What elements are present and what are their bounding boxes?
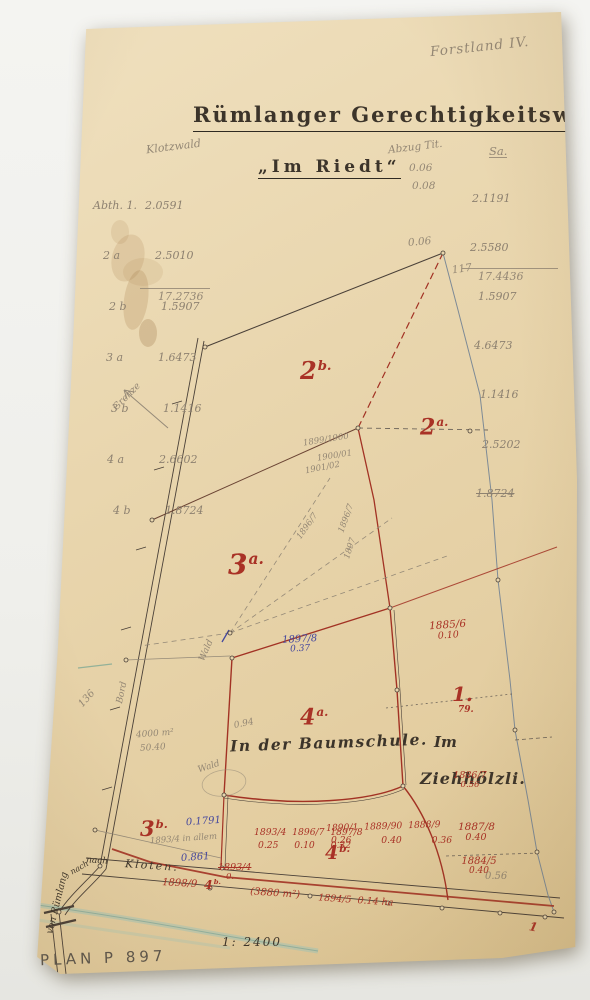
deduction-value: 0.08	[412, 181, 435, 192]
table-row: 4.6473	[474, 340, 521, 355]
page-title: Rümlanger Gerechtigkeitswald	[193, 104, 590, 132]
map-scale: 1: 2400	[222, 936, 282, 949]
left-table-total: 17.2736	[140, 288, 210, 303]
table-row: 3 a1.6473	[106, 352, 204, 368]
pencil-note-5040: 50.40	[140, 743, 166, 754]
table-row: 2 a2.5010	[103, 250, 204, 266]
paper-shadow: Forstland IV. Rümlanger Gerechtigkeitswa…	[0, 0, 590, 1000]
page-subtitle: „Im Riedt“	[258, 158, 401, 179]
parcel-label-4a: 4a.	[300, 706, 328, 730]
paper-sheet: Forstland IV. Rümlanger Gerechtigkeitswa…	[0, 0, 590, 1000]
table-row: 1.8724	[476, 488, 521, 503]
table-row: 2.5580	[470, 242, 521, 257]
scanned-plan: Forstland IV. Rümlanger Gerechtigkeitswa…	[0, 0, 590, 1000]
parcel-label-2b: 2b.	[300, 358, 332, 384]
deduction-value: 0.06	[409, 163, 432, 174]
table-row: Abth. 1.2.0591	[93, 200, 204, 216]
red-note-struck: 1893/40.	[218, 842, 251, 902]
right-pencil-table: 2.1191 2.5580 1.5907 4.6473 1.1416 2.520…	[468, 158, 521, 537]
red-note-zieh-bot: 1884/50.40	[461, 835, 497, 899]
table-row: 2.5202	[482, 439, 521, 454]
parcel-label-3a: 3a.	[228, 550, 264, 580]
parcel-label-1-sub: 79.	[458, 706, 474, 716]
place-name-ziehhoelzli-line1: Im	[434, 734, 457, 750]
red-note-group-b-values: 0.26 0.40 0.36	[331, 836, 452, 846]
table-row: 2.1191	[472, 193, 521, 208]
right-table-total: 17.4436	[462, 268, 558, 283]
pencil-note-apex: 0.06	[408, 236, 432, 249]
right-table-heading-sum: Sa.	[489, 145, 507, 158]
table-row: 4 b1.8724	[113, 505, 204, 521]
plan-number: PLAN P 897	[40, 948, 167, 969]
table-row: 4 a2.6602	[107, 454, 204, 470]
table-row: 2 b1.5907	[109, 301, 204, 317]
red-note-1885: 1885/60.10	[424, 596, 473, 666]
blue-note-0861: 0.861	[181, 852, 210, 865]
table-row: 1.5907	[478, 291, 521, 306]
left-pencil-table: Abth. 1.2.0591 2 a2.5010 2 b1.5907 3 a1.…	[93, 165, 204, 556]
red-note-4b-year: 1898/9	[162, 878, 198, 891]
table-row: 1.1416	[480, 389, 521, 404]
pencil-note-056: 0.56	[485, 872, 507, 883]
parcel-label-2a: 2a.	[420, 416, 448, 440]
blue-note-037: 1897/80.37	[280, 612, 319, 677]
parcel-label-1: 1.	[452, 684, 473, 706]
